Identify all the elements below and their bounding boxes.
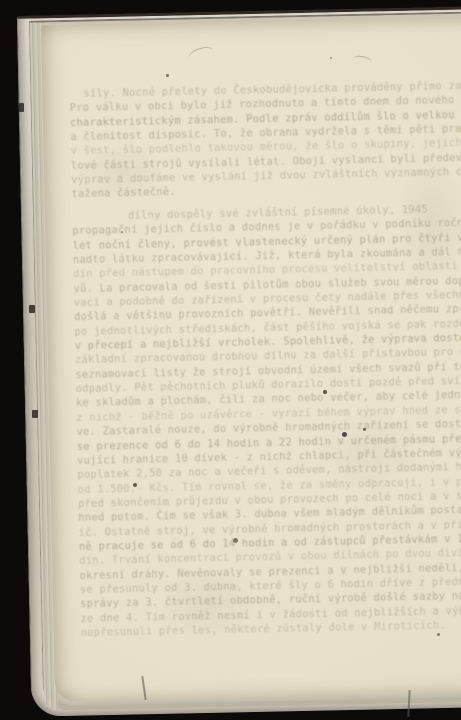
book-page-blank-verso: síly. Nocné přelety do Českobudějovicka …	[41, 16, 461, 701]
scanned-book-photo: síly. Nocné přelety do Českobudějovicka …	[0, 0, 461, 720]
ghost-paragraph: dílny dospěly své zvláštní písemné úkoly…	[72, 202, 461, 641]
ghost-paragraph: síly. Nocné přelety do Českobudějovicka …	[69, 79, 461, 202]
